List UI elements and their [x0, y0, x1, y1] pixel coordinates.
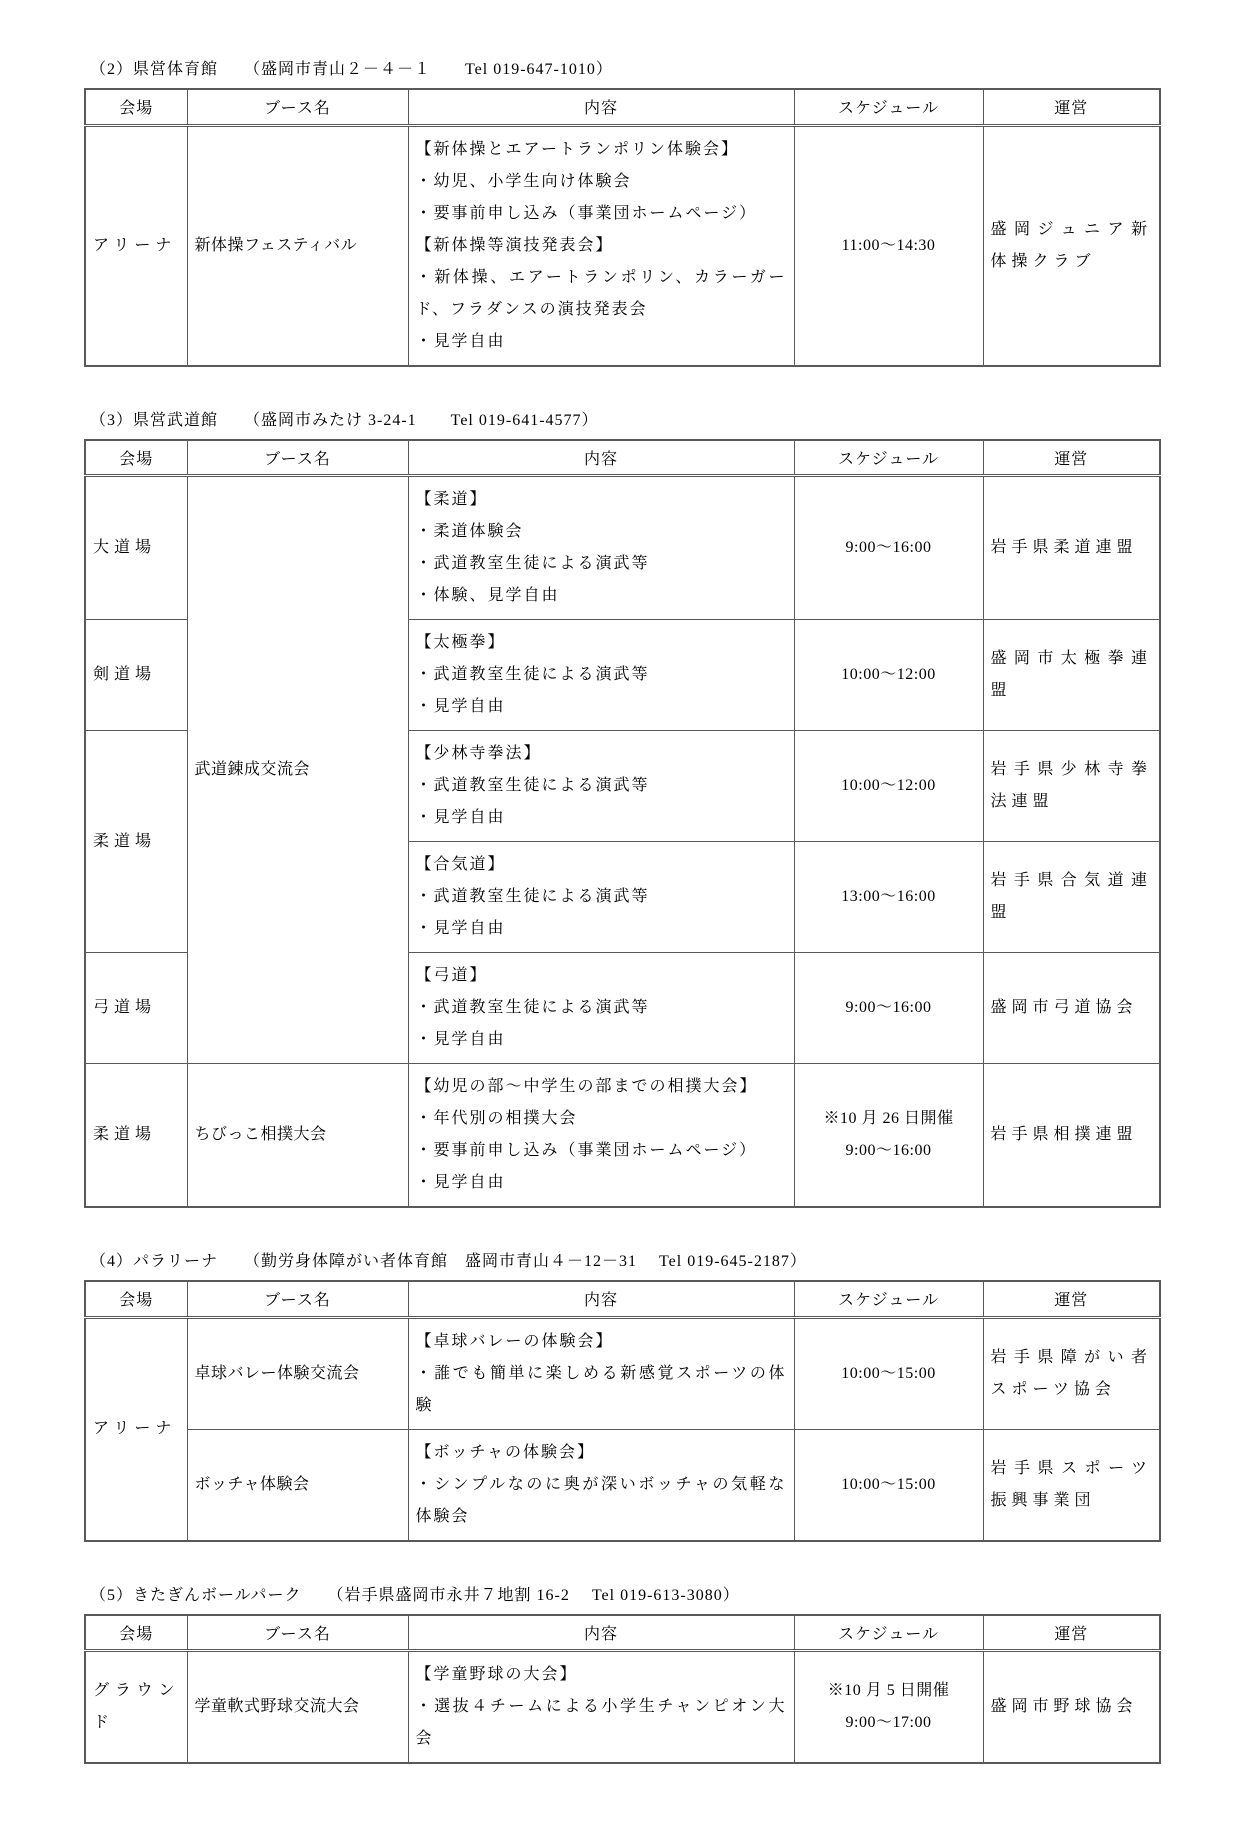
header-row: 会場ブース名内容スケジュール運営	[85, 440, 1160, 476]
header-row: 会場ブース名内容スケジュール運営	[85, 1615, 1160, 1651]
column-header: ブース名	[187, 440, 408, 476]
content-line: ・見学自由	[416, 326, 787, 358]
operator-cell: 盛岡ジュニア新体操クラブ	[983, 125, 1160, 366]
content-line: 【合気道】	[416, 849, 787, 881]
column-header: 会場	[85, 1615, 187, 1651]
content-line: 【新体操とエアートランポリン体験会】	[416, 134, 787, 166]
content-line: ・見学自由	[416, 913, 787, 945]
content-line: ・武道教室生徒による演武等	[416, 992, 787, 1024]
column-header: 運営	[983, 1615, 1160, 1651]
content-line: ・柔道体験会	[416, 516, 787, 548]
section-title: （5）きたぎんボールパーク （岩手県盛岡市永井７地割 16-2 Tel 019-…	[90, 1582, 1161, 1605]
schedule-cell: 11:00～14:30	[794, 125, 983, 366]
table-row: 柔道場ちびっこ相撲大会【幼児の部～中学生の部までの相撲大会】・年代別の相撲大会・…	[85, 1064, 1160, 1208]
column-header: 内容	[408, 89, 794, 125]
schedule-line: ※10 月 5 日開催	[802, 1675, 976, 1707]
schedule-cell: 9:00～16:00	[794, 953, 983, 1064]
schedule-line: 9:00～16:00	[802, 992, 976, 1024]
content-line: 【新体操等演技発表会】	[416, 230, 787, 262]
operator-cell: 岩手県少林寺拳法連盟	[983, 731, 1160, 842]
content-line: 【柔道】	[416, 484, 787, 516]
content-line: ・選抜４チームによる小学生チャンピオン大会	[416, 1691, 787, 1755]
schedule-cell: 10:00～12:00	[794, 731, 983, 842]
schedule-line: 9:00～17:00	[802, 1707, 976, 1739]
content-line: ・見学自由	[416, 802, 787, 834]
venue-cell: 柔道場	[85, 731, 187, 953]
table-row: アリーナ卓球バレー体験交流会【卓球バレーの体験会】・誰でも簡単に楽しめる新感覚ス…	[85, 1317, 1160, 1429]
content-line: ・武道教室生徒による演武等	[416, 770, 787, 802]
operator-cell: 盛岡市弓道協会	[983, 953, 1160, 1064]
table-row: アリーナ新体操フェスティバル【新体操とエアートランポリン体験会】・幼児、小学生向…	[85, 125, 1160, 366]
booth-cell: 学童軟式野球交流大会	[187, 1651, 408, 1764]
table-row: ボッチャ体験会【ボッチャの体験会】・シンプルなのに奥が深いボッチャの気軽な体験会…	[85, 1429, 1160, 1541]
content-line: ・年代別の相撲大会	[416, 1103, 787, 1135]
booth-cell: 卓球バレー体験交流会	[187, 1317, 408, 1429]
venue-schedule-table: 会場ブース名内容スケジュール運営グラウンド学童軟式野球交流大会【学童野球の大会】…	[84, 1614, 1161, 1765]
content-cell: 【合気道】・武道教室生徒による演武等・見学自由	[408, 842, 794, 953]
booth-cell: ちびっこ相撲大会	[187, 1064, 408, 1208]
content-line: ・見学自由	[416, 1024, 787, 1056]
column-header: スケジュール	[794, 1615, 983, 1651]
venue-cell: グラウンド	[85, 1651, 187, 1764]
column-header: 運営	[983, 440, 1160, 476]
schedule-cell: 10:00～15:00	[794, 1429, 983, 1541]
schedule-line: 9:00～16:00	[802, 1135, 976, 1167]
operator-cell: 岩手県障がい者スポーツ協会	[983, 1317, 1160, 1429]
content-line: ・幼児、小学生向け体験会	[416, 166, 787, 198]
venue-cell: アリーナ	[85, 125, 187, 366]
schedule-line: 11:00～14:30	[802, 230, 976, 262]
column-header: 内容	[408, 1615, 794, 1651]
schedule-cell: 13:00～16:00	[794, 842, 983, 953]
schedule-line: 10:00～12:00	[802, 659, 976, 691]
venue-schedule-table: 会場ブース名内容スケジュール運営大道場武道錬成交流会【柔道】・柔道体験会・武道教…	[84, 439, 1161, 1209]
content-cell: 【柔道】・柔道体験会・武道教室生徒による演武等・体験、見学自由	[408, 476, 794, 620]
content-line: 【太極拳】	[416, 627, 787, 659]
content-line: 【ボッチャの体験会】	[416, 1437, 787, 1469]
venue-cell: 剣道場	[85, 620, 187, 731]
content-line: 【少林寺拳法】	[416, 738, 787, 770]
column-header: ブース名	[187, 1281, 408, 1317]
operator-cell: 岩手県相撲連盟	[983, 1064, 1160, 1208]
content-line: ・武道教室生徒による演武等	[416, 659, 787, 691]
venue-cell: 柔道場	[85, 1064, 187, 1208]
content-cell: 【少林寺拳法】・武道教室生徒による演武等・見学自由	[408, 731, 794, 842]
content-cell: 【新体操とエアートランポリン体験会】・幼児、小学生向け体験会・要事前申し込み（事…	[408, 125, 794, 366]
content-line: ・新体操、エアートランポリン、カラーガード、フラダンスの演技発表会	[416, 262, 787, 326]
column-header: 内容	[408, 1281, 794, 1317]
content-cell: 【学童野球の大会】・選抜４チームによる小学生チャンピオン大会	[408, 1651, 794, 1764]
schedule-line: 10:00～15:00	[802, 1469, 976, 1501]
operator-cell: 岩手県スポーツ振興事業団	[983, 1429, 1160, 1541]
content-line: ・要事前申し込み（事業団ホームページ）	[416, 198, 787, 230]
section-venue-4: （4）パラリーナ （勤労身体障がい者体育館 盛岡市青山４－12－31 Tel 0…	[84, 1248, 1161, 1542]
column-header: スケジュール	[794, 1281, 983, 1317]
content-line: 【幼児の部～中学生の部までの相撲大会】	[416, 1071, 787, 1103]
content-line: 【学童野球の大会】	[416, 1659, 787, 1691]
column-header: 会場	[85, 1281, 187, 1317]
column-header: 会場	[85, 440, 187, 476]
venue-cell: 弓道場	[85, 953, 187, 1064]
content-cell: 【太極拳】・武道教室生徒による演武等・見学自由	[408, 620, 794, 731]
content-line: ・要事前申し込み（事業団ホームページ）	[416, 1135, 787, 1167]
table-row: 大道場武道錬成交流会【柔道】・柔道体験会・武道教室生徒による演武等・体験、見学自…	[85, 476, 1160, 620]
schedule-line: 9:00～16:00	[802, 532, 976, 564]
content-cell: 【幼児の部～中学生の部までの相撲大会】・年代別の相撲大会・要事前申し込み（事業団…	[408, 1064, 794, 1208]
table-row: グラウンド学童軟式野球交流大会【学童野球の大会】・選抜４チームによる小学生チャン…	[85, 1651, 1160, 1764]
booth-cell: 新体操フェスティバル	[187, 125, 408, 366]
schedule-cell: ※10 月 5 日開催9:00～17:00	[794, 1651, 983, 1764]
document-page: （2）県営体育館 （盛岡市青山２－４－１ Tel 019-647-1010） 会…	[0, 0, 1241, 1834]
column-header: 運営	[983, 1281, 1160, 1317]
schedule-cell: 10:00～12:00	[794, 620, 983, 731]
operator-cell: 盛岡市太極拳連盟	[983, 620, 1160, 731]
content-line: 【弓道】	[416, 960, 787, 992]
venue-cell: アリーナ	[85, 1317, 187, 1541]
section-venue-5: （5）きたぎんボールパーク （岩手県盛岡市永井７地割 16-2 Tel 019-…	[84, 1582, 1161, 1765]
section-venue-3: （3）県営武道館 （盛岡市みたけ 3-24-1 Tel 019-641-4577…	[84, 407, 1161, 1209]
schedule-line: 10:00～12:00	[802, 770, 976, 802]
venue-cell: 大道場	[85, 476, 187, 620]
section-title: （4）パラリーナ （勤労身体障がい者体育館 盛岡市青山４－12－31 Tel 0…	[90, 1248, 1161, 1271]
venue-schedule-table: 会場ブース名内容スケジュール運営アリーナ卓球バレー体験交流会【卓球バレーの体験会…	[84, 1280, 1161, 1542]
schedule-cell: 9:00～16:00	[794, 476, 983, 620]
content-cell: 【弓道】・武道教室生徒による演武等・見学自由	[408, 953, 794, 1064]
column-header: 運営	[983, 89, 1160, 125]
schedule-line: 10:00～15:00	[802, 1358, 976, 1390]
content-line: ・武道教室生徒による演武等	[416, 881, 787, 913]
booth-cell: 武道錬成交流会	[187, 476, 408, 1064]
content-line: ・シンプルなのに奥が深いボッチャの気軽な体験会	[416, 1469, 787, 1533]
schedule-cell: 10:00～15:00	[794, 1317, 983, 1429]
content-line: ・見学自由	[416, 1167, 787, 1199]
column-header: ブース名	[187, 89, 408, 125]
section-title: （3）県営武道館 （盛岡市みたけ 3-24-1 Tel 019-641-4577…	[90, 407, 1161, 430]
header-row: 会場ブース名内容スケジュール運営	[85, 89, 1160, 125]
schedule-line: ※10 月 26 日開催	[802, 1103, 976, 1135]
venue-schedule-table: 会場ブース名内容スケジュール運営アリーナ新体操フェスティバル【新体操とエアートラ…	[84, 88, 1161, 367]
column-header: スケジュール	[794, 89, 983, 125]
column-header: スケジュール	[794, 440, 983, 476]
content-line: 【卓球バレーの体験会】	[416, 1326, 787, 1358]
content-line: ・見学自由	[416, 691, 787, 723]
content-line: ・誰でも簡単に楽しめる新感覚スポーツの体験	[416, 1358, 787, 1422]
column-header: ブース名	[187, 1615, 408, 1651]
section-venue-2: （2）県営体育館 （盛岡市青山２－４－１ Tel 019-647-1010） 会…	[84, 56, 1161, 367]
section-title: （2）県営体育館 （盛岡市青山２－４－１ Tel 019-647-1010）	[90, 56, 1161, 79]
content-cell: 【ボッチャの体験会】・シンプルなのに奥が深いボッチャの気軽な体験会	[408, 1429, 794, 1541]
content-line: ・体験、見学自由	[416, 580, 787, 612]
column-header: 会場	[85, 89, 187, 125]
header-row: 会場ブース名内容スケジュール運営	[85, 1281, 1160, 1317]
schedule-cell: ※10 月 26 日開催9:00～16:00	[794, 1064, 983, 1208]
content-cell: 【卓球バレーの体験会】・誰でも簡単に楽しめる新感覚スポーツの体験	[408, 1317, 794, 1429]
operator-cell: 岩手県合気道連盟	[983, 842, 1160, 953]
booth-cell: ボッチャ体験会	[187, 1429, 408, 1541]
column-header: 内容	[408, 440, 794, 476]
schedule-line: 13:00～16:00	[802, 881, 976, 913]
operator-cell: 盛岡市野球協会	[983, 1651, 1160, 1764]
content-line: ・武道教室生徒による演武等	[416, 548, 787, 580]
operator-cell: 岩手県柔道連盟	[983, 476, 1160, 620]
